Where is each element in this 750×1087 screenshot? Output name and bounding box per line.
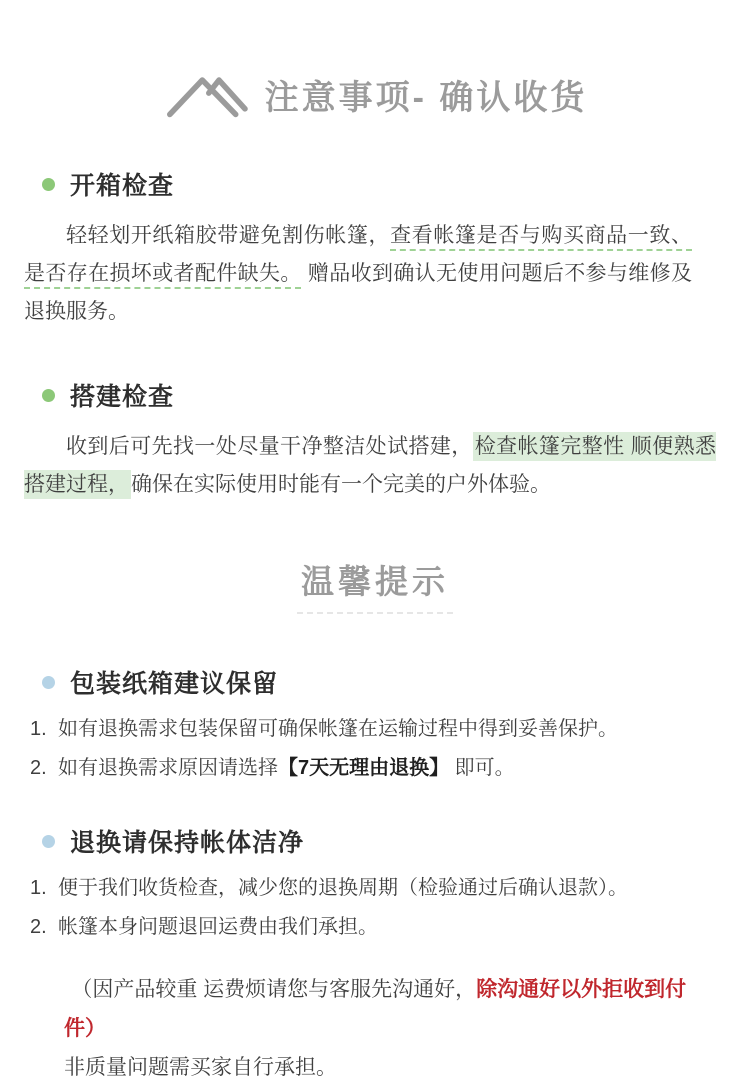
section-open-box-title: 开箱检查 xyxy=(70,166,174,202)
section-return-clean: 退换请保持帐体洁净 1. 便于我们收货检查，减少您的退换周期（检验通过后确认退款… xyxy=(0,823,750,942)
list-item-number: 1. xyxy=(30,714,58,744)
return-clean-list: 1. 便于我们收货检查，减少您的退换周期（检验通过后确认退款）。 2. 帐篷本身… xyxy=(30,873,730,942)
tips-heading-wrap: 温馨提示 xyxy=(0,556,750,614)
section-setup-check-title-row: 搭建检查 xyxy=(42,377,750,413)
list-item-number: 2. xyxy=(30,912,58,942)
section-keep-box-title: 包装纸箱建议保留 xyxy=(70,664,278,700)
list-item-text-post: 即可。 xyxy=(449,757,515,779)
open-box-paragraph: 轻轻划开纸箱胶带避免割伤帐篷，查看帐篷是否与购买商品一致、是否存在损坏或者配件缺… xyxy=(24,217,692,331)
list-item-text: 如有退换需求原因请选择【7天无理由退换】 即可。 xyxy=(58,753,515,783)
list-item: 2. 帐篷本身问题退回运费由我们承担。 xyxy=(30,912,730,942)
paragraph-text: 收到后可先找一处尽量干净整洁处试搭建， xyxy=(66,435,473,458)
list-item-number: 2. xyxy=(30,753,58,783)
setup-check-paragraph: 收到后可先找一处尽量干净整洁处试搭建，检查帐篷完整性 顺便熟悉搭建过程，确保在实… xyxy=(24,428,716,504)
page-title: 注意事项- 确认收货 xyxy=(265,70,588,119)
blue-bullet-icon xyxy=(42,676,55,689)
list-item-text: 帐篷本身问题退回运费由我们承担。 xyxy=(58,912,378,942)
section-keep-box: 包装纸箱建议保留 1. 如有退换需求包装保留可确保帐篷在运输过程中得到妥善保护。… xyxy=(0,664,750,783)
list-item: 2. 如有退换需求原因请选择【7天无理由退换】 即可。 xyxy=(30,753,730,783)
paragraph-text: 确保在实际使用时能有一个完美的户外体验。 xyxy=(131,473,551,496)
green-bullet-icon xyxy=(42,389,55,402)
page-header: 注意事项- 确认收货 xyxy=(0,66,750,122)
bold-return-policy-text: 【7天无理由退换】 xyxy=(278,757,449,779)
product-notice-page: 注意事项- 确认收货 开箱检查 轻轻划开纸箱胶带避免割伤帐篷，查看帐篷是否与购买… xyxy=(0,0,750,1087)
shipping-fee-note: （因产品较重 运费烦请您与客服先沟通好，除沟通好以外拒收到付件）非质量问题需买家… xyxy=(64,970,714,1087)
tips-heading: 温馨提示 xyxy=(297,556,453,614)
section-keep-box-title-row: 包装纸箱建议保留 xyxy=(42,664,750,700)
list-item-text: 如有退换需求包装保留可确保帐篷在运输过程中得到妥善保护。 xyxy=(58,714,618,744)
note-text: （因产品较重 运费烦请您与客服先沟通好， xyxy=(71,978,476,1001)
note-text: 非质量问题需买家自行承担。 xyxy=(64,1056,337,1079)
list-item-text-pre: 如有退换需求原因请选择 xyxy=(58,757,278,779)
section-setup-check-title: 搭建检查 xyxy=(70,377,174,413)
blue-bullet-icon xyxy=(42,835,55,848)
list-item: 1. 如有退换需求包装保留可确保帐篷在运输过程中得到妥善保护。 xyxy=(30,714,730,744)
paragraph-text: 轻轻划开纸箱胶带避免割伤帐篷， xyxy=(66,224,390,247)
green-bullet-icon xyxy=(42,178,55,191)
list-item-text: 便于我们收货检查，减少您的退换周期（检验通过后确认退款）。 xyxy=(58,873,628,903)
list-item-number: 1. xyxy=(30,873,58,903)
section-open-box-title-row: 开箱检查 xyxy=(42,166,750,202)
section-open-box: 开箱检查 轻轻划开纸箱胶带避免割伤帐篷，查看帐篷是否与购买商品一致、是否存在损坏… xyxy=(0,166,750,331)
mountain-roof-icon xyxy=(163,68,249,120)
section-return-clean-title: 退换请保持帐体洁净 xyxy=(70,823,304,859)
list-item: 1. 便于我们收货检查，减少您的退换周期（检验通过后确认退款）。 xyxy=(30,873,730,903)
section-return-clean-title-row: 退换请保持帐体洁净 xyxy=(42,823,750,859)
section-setup-check: 搭建检查 收到后可先找一处尽量干净整洁处试搭建，检查帐篷完整性 顺便熟悉搭建过程… xyxy=(0,377,750,504)
keep-box-list: 1. 如有退换需求包装保留可确保帐篷在运输过程中得到妥善保护。 2. 如有退换需… xyxy=(30,714,730,783)
